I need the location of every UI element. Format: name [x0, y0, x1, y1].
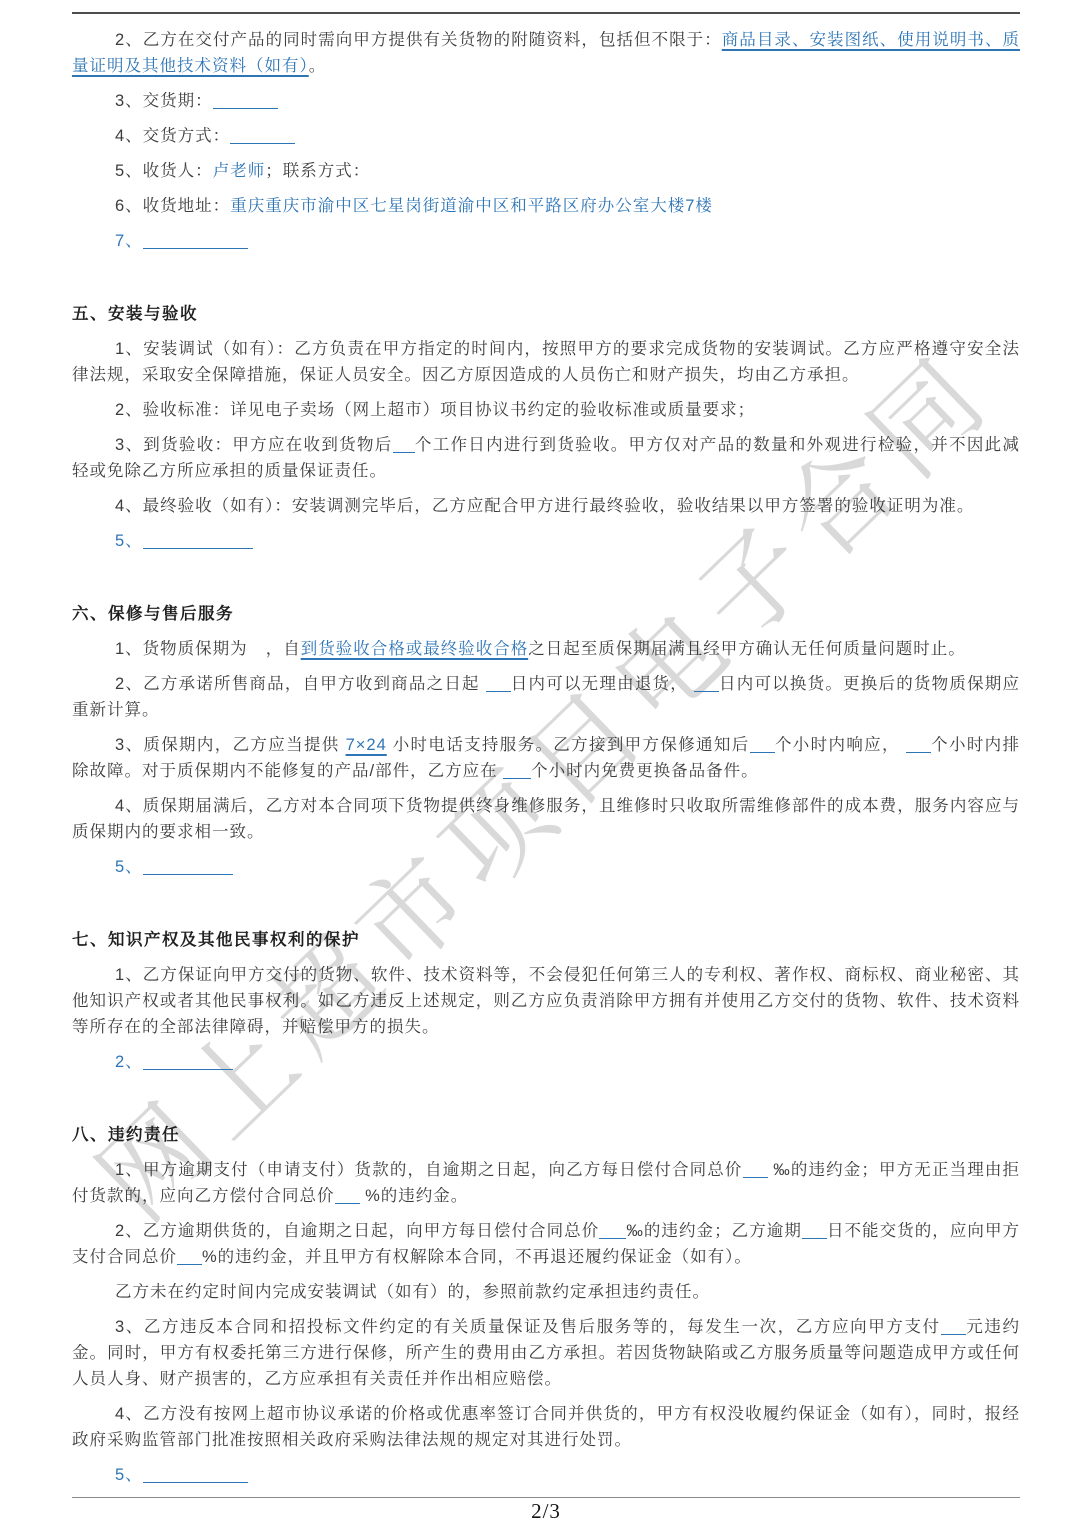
blank-field[interactable] — [143, 234, 248, 249]
clause-text: 2、验收标准：详见电子卖场（网上超市）项目协议书约定的验收标准或质量要求； — [115, 401, 755, 419]
clause-text: 1、安装调试（如有）：乙方负责在甲方指定的时间内，按照甲方的要求完成货物的安装调… — [72, 340, 1020, 384]
contract-clause: 3、质保期内，乙方应当提供 7×24 小时电话支持服务。乙方接到甲方保修通知后个… — [72, 732, 1020, 784]
blank-field[interactable] — [335, 1189, 360, 1204]
clause-text: 1、货物质保期为 — [115, 640, 248, 658]
document-content: 2、乙方在交付产品的同时需向甲方提供有关货物的附随资料，包括但不限于：商品目录、… — [72, 0, 1020, 1520]
contract-clause: 乙方未在约定时间内完成安装调试（如有）的，参照前款约定承担违约责任。 — [72, 1279, 1020, 1305]
inline-link[interactable]: 7×24 — [346, 736, 387, 754]
document-page: 网上超市项目电子合同 2、乙方在交付产品的同时需向甲方提供有关货物的附随资料，包… — [0, 0, 1074, 1520]
contract-clause: 1、货物质保期为，自到货验收合格或最终验收合格之日起至质保期届满且经甲方确认无任… — [72, 636, 1020, 662]
inline-link[interactable]: 到货验收合格或最终验收合格 — [301, 640, 529, 658]
blank-field[interactable] — [177, 1250, 202, 1265]
clause-text: 个小时内响应， — [775, 736, 906, 754]
blank-field[interactable] — [393, 438, 415, 453]
contract-clause: 2、乙方逾期供货的，自逾期之日起，向甲方每日偿付合同总价‰的违约金；乙方逾期日不… — [72, 1218, 1020, 1270]
contract-clause: 5、 — [72, 1462, 1020, 1488]
contract-clause: 1、乙方保证向甲方交付的货物、软件、技术资料等，不会侵犯任何第三人的专利权、著作… — [72, 962, 1020, 1040]
contract-clause: 3、乙方违反本合同和招投标文件约定的有关质量保证及售后服务等的，每发生一次，乙方… — [72, 1314, 1020, 1392]
clause-text: %的违约金。 — [360, 1187, 469, 1205]
blank-field[interactable] — [213, 94, 278, 109]
contract-clause: 2、乙方承诺所售商品，自甲方收到商品之日起 日内可以无理由退货， 日内可以换货。… — [72, 671, 1020, 723]
contract-clause: 3、交货期： — [72, 88, 1020, 114]
blank-field[interactable] — [694, 677, 719, 692]
intro-clauses: 2、乙方在交付产品的同时需向甲方提供有关货物的附随资料，包括但不限于：商品目录、… — [72, 27, 1020, 254]
clause-text: 个小时内免费更换备品备件。 — [531, 762, 759, 780]
clause-text: 2、乙方在交付产品的同时需向甲方提供有关货物的附随资料，包括但不限于： — [115, 31, 722, 49]
blank-field[interactable] — [143, 534, 253, 549]
contract-clause: 4、最终验收（如有）：安装调测完毕后，乙方应配合甲方进行最终验收，验收结果以甲方… — [72, 493, 1020, 519]
contract-clause: 4、质保期届满后，乙方对本合同项下货物提供终身维修服务，且维修时只收取所需维修部… — [72, 793, 1020, 845]
contract-clause: 5、收货人：卢老师；联系方式： — [72, 158, 1020, 184]
contract-clause: 2、乙方在交付产品的同时需向甲方提供有关货物的附随资料，包括但不限于：商品目录、… — [72, 27, 1020, 79]
contract-clause: 1、甲方逾期支付（申请支付）货款的，自逾期之日起，向乙方每日偿付合同总价 ‰的违… — [72, 1157, 1020, 1209]
spacer — [248, 653, 266, 654]
clause-text: 之日起至质保期届满且经甲方确认无任何质量问题时止。 — [528, 640, 966, 658]
clause-text: 小时电话支持服务。乙方接到甲方保修通知后 — [387, 736, 750, 754]
contract-clause: 1、安装调试（如有）：乙方负责在甲方指定的时间内，按照甲方的要求完成货物的安装调… — [72, 336, 1020, 388]
top-rule — [72, 12, 1020, 14]
blank-field[interactable] — [743, 1163, 768, 1178]
blank-field[interactable] — [906, 738, 931, 753]
clause-text: 4、交货方式： — [115, 127, 230, 145]
clause-text: 5、收货人： — [115, 162, 213, 180]
blank-field[interactable] — [230, 129, 295, 144]
clause-text: 4、最终验收（如有）：安装调测完毕后，乙方应配合甲方进行最终验收，验收结果以甲方… — [115, 497, 974, 515]
contract-sections: 五、安装与验收1、安装调试（如有）：乙方负责在甲方指定的时间内，按照甲方的要求完… — [72, 301, 1020, 1488]
contract-clause: 7、 — [72, 228, 1020, 254]
contract-clause: 2、验收标准：详见电子卖场（网上超市）项目协议书约定的验收标准或质量要求； — [72, 397, 1020, 423]
blank-field[interactable] — [143, 1055, 233, 1070]
blank-field[interactable] — [802, 1224, 827, 1239]
filled-value: 5、 — [115, 858, 143, 876]
clause-text: 。 — [309, 57, 327, 75]
filled-value: 2、 — [115, 1053, 143, 1071]
clause-text: 3、交货期： — [115, 92, 213, 110]
clause-text: ‰的违约金；乙方逾期 — [626, 1222, 802, 1240]
clause-text: 1、甲方逾期支付（申请支付）货款的，自逾期之日起，向乙方每日偿付合同总价 — [115, 1161, 743, 1179]
section-title: 六、保修与售后服务 — [72, 601, 1020, 627]
clause-text: 1、乙方保证向甲方交付的货物、软件、技术资料等，不会侵犯任何第三人的专利权、著作… — [72, 966, 1020, 1036]
filled-value: 7、 — [115, 232, 143, 250]
clause-text: ，自 — [266, 640, 301, 658]
filled-value: 重庆重庆市渝中区七星岗街道渝中区和平路区府办公室大楼7楼 — [230, 197, 713, 215]
contract-clause: 5、 — [72, 854, 1020, 880]
blank-field[interactable] — [143, 860, 233, 875]
clause-text: %的违约金，并且甲方有权解除本合同，不再退还履约保证金（如有）。 — [202, 1248, 752, 1266]
clause-text: 日内可以无理由退货， — [511, 675, 694, 693]
page-number: 2/3 — [72, 1499, 1020, 1520]
filled-value: 5、 — [115, 532, 143, 550]
contract-clause: 2、 — [72, 1049, 1020, 1075]
clause-text: 6、收货地址： — [115, 197, 230, 215]
clause-text: 4、质保期届满后，乙方对本合同项下货物提供终身维修服务，且维修时只收取所需维修部… — [72, 797, 1020, 841]
contract-clause: 5、 — [72, 528, 1020, 554]
section-title: 八、违约责任 — [72, 1122, 1020, 1148]
clause-text: 3、乙方违反本合同和招投标文件约定的有关质量保证及售后服务等的，每发生一次，乙方… — [115, 1318, 941, 1336]
blank-field[interactable] — [143, 1468, 248, 1483]
blank-field[interactable] — [941, 1320, 966, 1335]
contract-clause: 6、收货地址：重庆重庆市渝中区七星岗街道渝中区和平路区府办公室大楼7楼 — [72, 193, 1020, 219]
footer-rule — [72, 1497, 1020, 1498]
filled-value: 卢老师 — [213, 162, 266, 180]
clause-text: 2、乙方承诺所售商品，自甲方收到商品之日起 — [115, 675, 486, 693]
filled-value: 5、 — [115, 1466, 143, 1484]
clause-text: 3、质保期内，乙方应当提供 — [115, 736, 346, 754]
blank-field[interactable] — [503, 764, 531, 779]
blank-field[interactable] — [486, 677, 511, 692]
clause-text: 乙方未在约定时间内完成安装调试（如有）的，参照前款约定承担违约责任。 — [115, 1283, 710, 1301]
contract-clause: 3、到货验收：甲方应在收到货物后个工作日内进行到货验收。甲方仅对产品的数量和外观… — [72, 432, 1020, 484]
contract-clause: 4、乙方没有按网上超市协议承诺的价格或优惠率签订合同并供货的，甲方有权没收履约保… — [72, 1401, 1020, 1453]
clause-text: ；联系方式： — [265, 162, 370, 180]
clause-text: 3、到货验收：甲方应在收到货物后 — [115, 436, 393, 454]
section-title: 五、安装与验收 — [72, 301, 1020, 327]
section-title: 七、知识产权及其他民事权利的保护 — [72, 927, 1020, 953]
contract-clause: 4、交货方式： — [72, 123, 1020, 149]
clause-text: 4、乙方没有按网上超市协议承诺的价格或优惠率签订合同并供货的，甲方有权没收履约保… — [72, 1405, 1020, 1449]
blank-field[interactable] — [750, 738, 775, 753]
blank-field[interactable] — [599, 1224, 626, 1239]
clause-text: 2、乙方逾期供货的，自逾期之日起，向甲方每日偿付合同总价 — [115, 1222, 599, 1240]
